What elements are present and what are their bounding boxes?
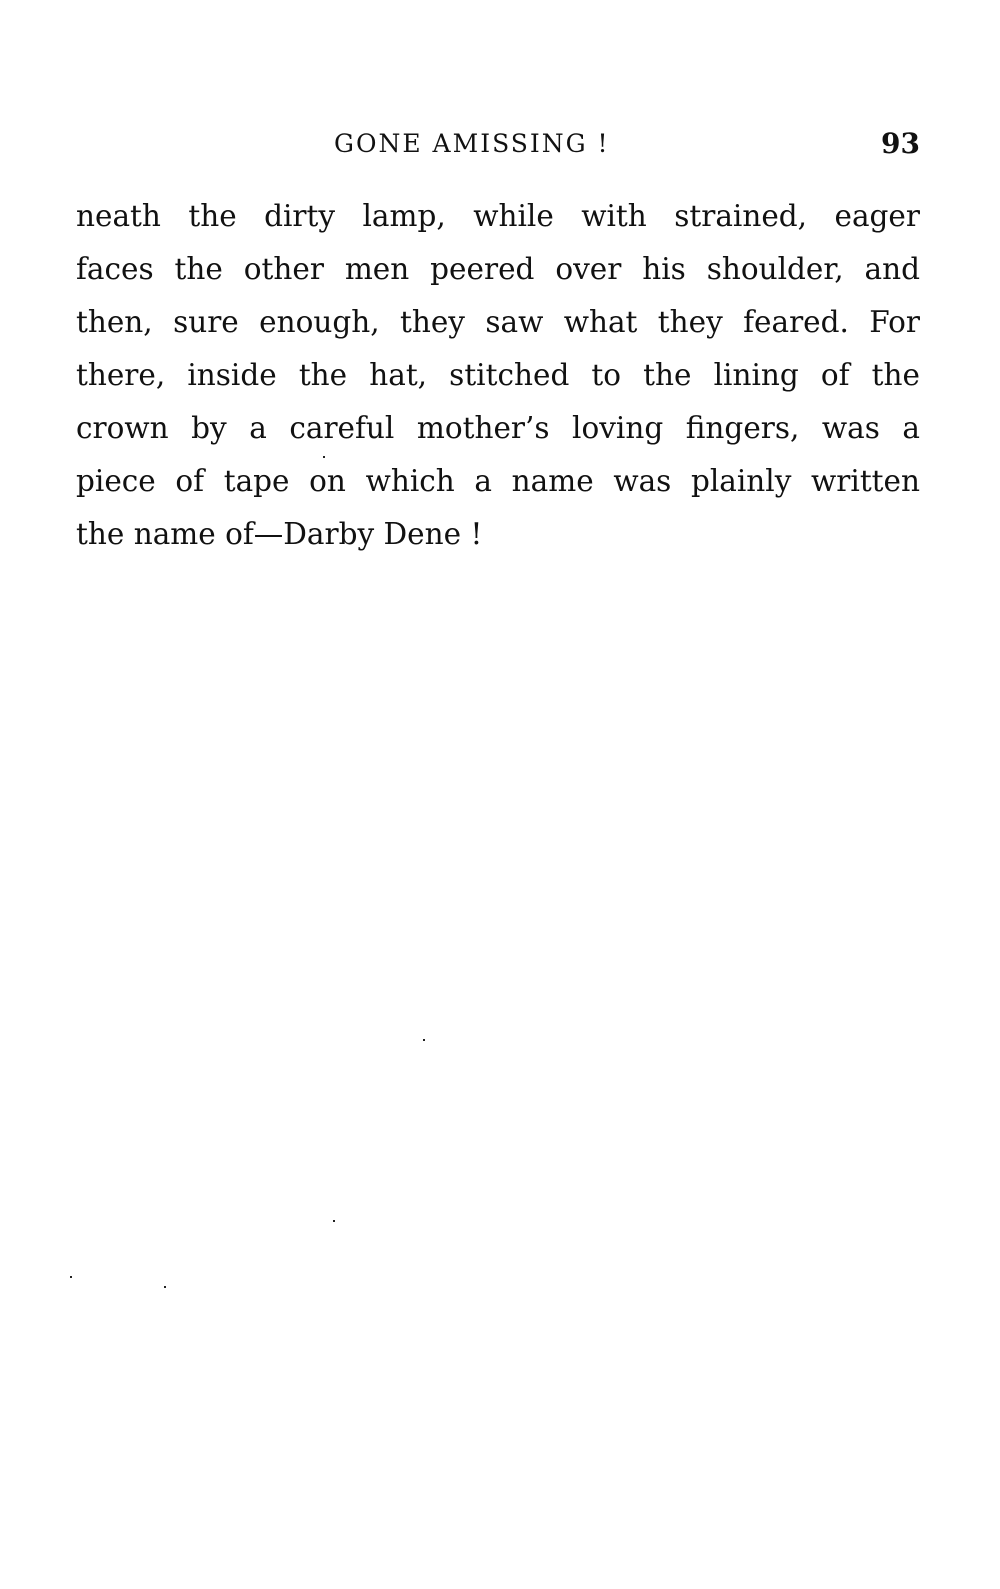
text-line: faces the other men peered over his shou… (76, 243, 920, 296)
running-title: GONE AMISSING ! (334, 124, 610, 164)
body-paragraph: neath the dirty lamp, while with straine… (76, 190, 920, 561)
scan-speck (333, 1220, 335, 1222)
scan-speck (423, 1039, 425, 1041)
text-line: piece of tape on which a name was plainl… (76, 455, 920, 508)
text-line: neath the dirty lamp, while with straine… (76, 190, 920, 243)
text-line: there, inside the hat, stitched to the l… (76, 349, 920, 402)
text-line: then, sure enough, they saw what they fe… (76, 296, 920, 349)
scan-speck (70, 1276, 72, 1278)
scan-speck (323, 456, 325, 458)
text-line: crown by a careful mother’s loving finge… (76, 402, 920, 455)
text-line: the name of—Darby Dene ! (76, 508, 920, 561)
running-head: GONE AMISSING ! 93 (76, 124, 920, 164)
book-page: GONE AMISSING ! 93 neath the dirty lamp,… (0, 0, 1000, 1589)
scan-speck (164, 1286, 166, 1288)
page-number: 93 (881, 124, 920, 164)
